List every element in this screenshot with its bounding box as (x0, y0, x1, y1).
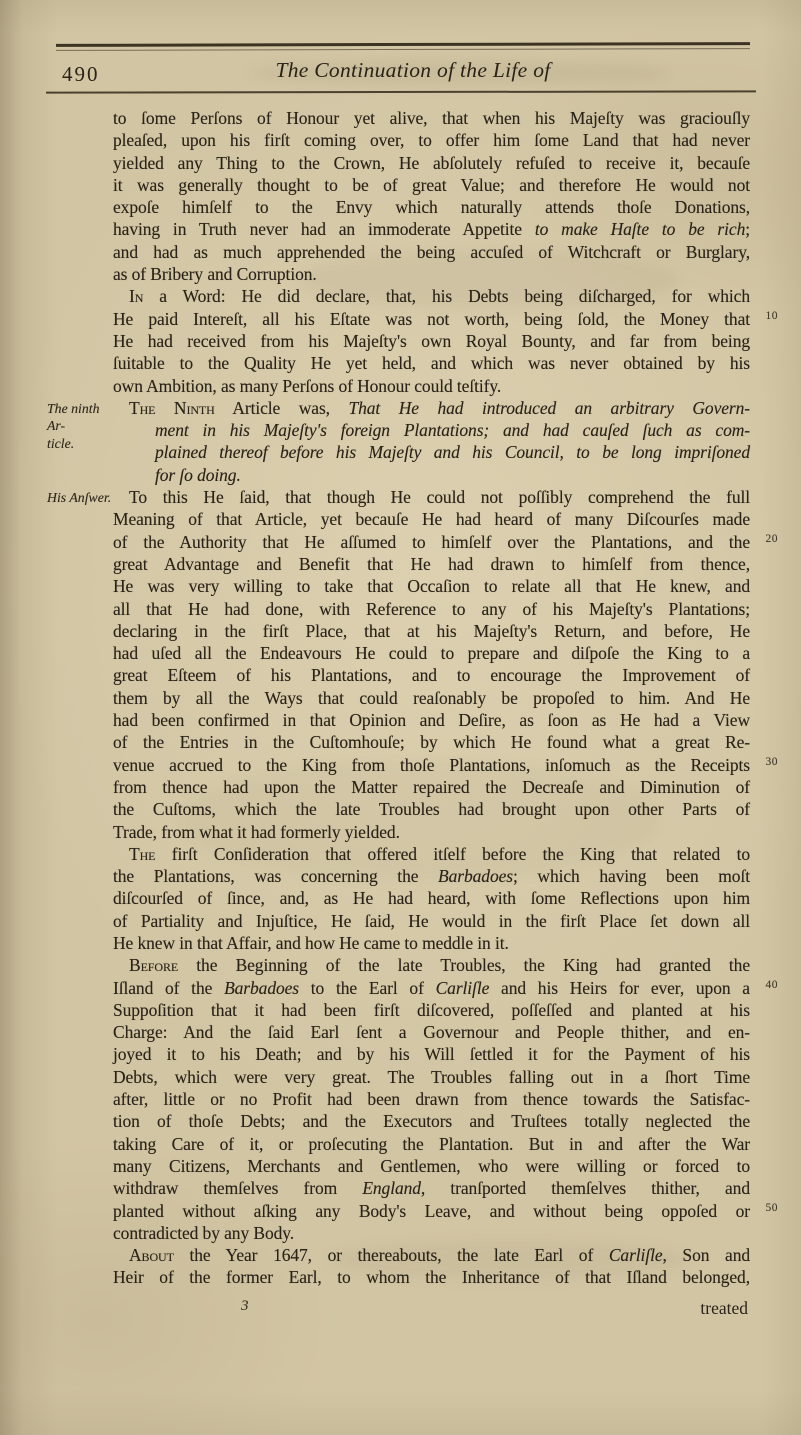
body-text: , Son and (663, 1245, 751, 1265)
body-text: the Year 1647, or thereabouts, the late … (174, 1245, 609, 1265)
italic-text: to make Haſte to be rich (535, 219, 745, 239)
italic-text: Barbadoes (438, 866, 513, 886)
margin-note-his-answer: His Anſwer. (47, 489, 113, 507)
text-line: had been confirmed in that Opinion and D… (113, 709, 750, 731)
page-number: 490 (62, 62, 100, 87)
body-text: the Beginning of the late Troubles, the … (178, 955, 750, 975)
text-line: expoſe himſelf to the Envy which natural… (113, 196, 750, 218)
body-text: ; (745, 219, 750, 239)
text-line: About the Year 1647, or thereabouts, the… (113, 1244, 750, 1266)
text-line: declaring in the firſt Place, that at hi… (113, 620, 750, 642)
text-line: The firſt Conſideration that offered itſ… (113, 843, 750, 865)
body-text: taking Care of it, or proſecuting the Pl… (113, 1134, 750, 1154)
text-line: yielded any Thing to the Crown, He abſol… (113, 152, 750, 174)
text-line: withdraw themſelves from England, tranſp… (113, 1177, 750, 1199)
body-text: great Advantage and Benefit that He had … (113, 554, 750, 574)
body-text: Debts, which were very great. The Troubl… (113, 1067, 750, 1087)
body-text: to the Earl of (299, 978, 436, 998)
body-text: expoſe himſelf to the Envy which natural… (113, 197, 750, 217)
text-line: taking Care of it, or proſecuting the Pl… (113, 1133, 750, 1155)
text-line: Charge: And the ſaid Earl ſent a Governo… (113, 1021, 750, 1043)
body-text: ; which having been moſt (513, 866, 750, 886)
text-line: Debts, which were very great. The Troubl… (113, 1066, 750, 1088)
text-line: after, little or no Profit had been draw… (113, 1088, 750, 1110)
body-text: Suppoſition that it had been firſt diſco… (113, 1000, 750, 1020)
text-line: diſcourſed of ſince, and, as He had hear… (113, 887, 750, 909)
smallcaps-text: In (129, 286, 143, 306)
text-line: and had as much apprehended the being ac… (113, 241, 750, 263)
body-text: He knew in that Affair, and how He came … (113, 933, 509, 953)
text-line: He had received from his Majeſty's own R… (113, 330, 750, 352)
text-line: Trade, from what it had formerly yielded… (113, 821, 750, 843)
text-line: as of Bribery and Corruption. (113, 263, 750, 285)
body-text: of Partiality and Injuſtice, He ſaid, He… (113, 911, 750, 931)
smallcaps-text: Before (129, 955, 178, 975)
page-footer: 3 treated (113, 1298, 750, 1322)
body-text: diſcourſed of ſince, and, as He had hear… (113, 888, 750, 908)
text-line: Iſland of the Barbadoes to the Earl of C… (113, 977, 750, 999)
body-text: declaring in the firſt Place, that at hi… (113, 621, 750, 641)
text-line: having in Truth never had an immoderate … (113, 218, 750, 240)
book-page-scan: 490 The Continuation of the Life of The … (0, 0, 801, 1435)
body-text: Trade, from what it had formerly yielded… (113, 822, 400, 842)
body-text: of the Entries in the Cuſtomhouſe; by wh… (113, 732, 750, 752)
text-line: all that He had done, with Reference to … (113, 598, 750, 620)
text-line: Suppoſition that it had been firſt diſco… (113, 999, 750, 1021)
body-text: Iſland of the (113, 978, 224, 998)
text-line: own Ambition, as many Perſons of Honour … (113, 375, 750, 397)
text-line: ment in his Majeſty's foreign Plantation… (113, 419, 750, 441)
text-line: tion of thoſe Debts; and the Executors a… (113, 1110, 750, 1132)
body-text: Charge: And the ſaid Earl ſent a Governo… (113, 1022, 750, 1042)
text-line: He was very willing to take that Occaſio… (113, 575, 750, 597)
text-line: In a Word: He did declare, that, his Deb… (113, 285, 750, 307)
body-text: Meaning of that Article, yet becauſe He … (113, 509, 750, 529)
text-line: the Plantations, was concerning the Barb… (113, 865, 750, 887)
body-text: after, little or no Profit had been draw… (113, 1089, 750, 1109)
body-text: joyed it to his Death; and by his Will ſ… (113, 1044, 750, 1064)
text-line: joyed it to his Death; and by his Will ſ… (113, 1043, 750, 1065)
body-text: own Ambition, as many Perſons of Honour … (113, 376, 501, 396)
body-text: to ſome Perſons of Honour yet alive, tha… (113, 108, 750, 128)
text-line: contradicted by any Body. (113, 1222, 750, 1244)
text-block: to ſome Perſons of Honour yet alive, tha… (113, 107, 750, 1289)
text-line: planted without aſking any Body's Leave,… (113, 1200, 750, 1222)
italic-text: Carliſle (436, 978, 490, 998)
text-line: plained thereof before his Majeſty and h… (113, 441, 750, 463)
text-line: had uſed all the Endeavours He could to … (113, 642, 750, 664)
running-title: The Continuation of the Life of (113, 58, 713, 83)
body-text: many Citizens, Merchants and Gentlemen, … (113, 1156, 750, 1176)
body-text: Heir of the former Earl, to whom the Inh… (113, 1267, 750, 1287)
text-line: to ſome Perſons of Honour yet alive, tha… (113, 107, 750, 129)
line-number: 50 (766, 1197, 779, 1219)
body-text: had been confirmed in that Opinion and D… (113, 710, 750, 730)
italic-text: England (362, 1178, 421, 1198)
body-text: Article was, (215, 398, 349, 418)
body-text: withdraw themſelves from (113, 1178, 362, 1198)
text-line: ſuitable to the Quality He yet held, and… (113, 352, 750, 374)
italic-text: Carliſle (609, 1245, 663, 1265)
body-text: all that He had done, with Reference to … (113, 599, 750, 619)
text-line: it was generally thought to be of great … (113, 174, 750, 196)
body-text: great Eſteem of his Plantations, and to … (113, 665, 750, 685)
body-text: and his Heirs for ever, upon a (489, 978, 750, 998)
body-text: had uſed all the Endeavours He could to … (113, 643, 750, 663)
body-text: To this He ſaid, that though He could no… (129, 487, 750, 507)
text-line: He knew in that Affair, and how He came … (113, 932, 750, 954)
text-line: from thence had upon the Matter repaired… (113, 776, 750, 798)
header-double-rule (56, 42, 750, 51)
text-line: the Cuſtoms, which the late Troubles had… (113, 798, 750, 820)
body-text: it was generally thought to be of great … (113, 175, 750, 195)
body-text: and had as much apprehended the being ac… (113, 242, 750, 262)
body-text: , tranſported themſelves thither, and (421, 1178, 750, 1198)
text-line: pleaſed, upon his firſt coming over, to … (113, 129, 750, 151)
smallcaps-text: The Ninth (129, 398, 215, 418)
line-number: 30 (766, 751, 779, 773)
italic-text: ment in his Majeſty's foreign Plantation… (155, 420, 750, 440)
text-line: The Ninth Article was, That He had intro… (113, 397, 750, 419)
header-bottom-rule (46, 90, 756, 93)
italic-text: That He had introduced an arbitrary Gove… (349, 398, 751, 418)
italic-text: Barbadoes (224, 978, 299, 998)
body-text: tion of thoſe Debts; and the Executors a… (113, 1111, 750, 1131)
body-text: firſt Conſideration that offered itſelf … (155, 844, 750, 864)
catchword: treated (700, 1298, 748, 1319)
text-line: venue accrued to the King from thoſe Pla… (113, 754, 750, 776)
body-text: as of Bribery and Corruption. (113, 264, 317, 284)
text-line: great Advantage and Benefit that He had … (113, 553, 750, 575)
body-text: them by all the Ways that could reaſonab… (113, 688, 750, 708)
margin-note-ninth-article: The ninth Ar- ticle. (47, 400, 113, 453)
text-line: them by all the Ways that could reaſonab… (113, 687, 750, 709)
press-figure: 3 (241, 1298, 249, 1315)
body-text: venue accrued to the King from thoſe Pla… (113, 755, 750, 775)
smallcaps-text: The (129, 844, 155, 864)
smallcaps-text: About (129, 1245, 174, 1265)
body-text: having in Truth never had an immoderate … (113, 219, 535, 239)
body-text: pleaſed, upon his firſt coming over, to … (113, 130, 750, 150)
line-number: 40 (766, 974, 779, 996)
body-text: the Cuſtoms, which the late Troubles had… (113, 799, 750, 819)
body-text: contradicted by any Body. (113, 1223, 294, 1243)
text-line: many Citizens, Merchants and Gentlemen, … (113, 1155, 750, 1177)
italic-text: plained thereof before his Majeſty and h… (155, 442, 750, 462)
line-number: 10 (766, 305, 779, 327)
body-text: yielded any Thing to the Crown, He abſol… (113, 153, 750, 173)
text-line: great Eſteem of his Plantations, and to … (113, 664, 750, 686)
body-text: the Plantations, was concerning the (113, 866, 438, 886)
text-line: He paid Intereſt, all his Eſtate was not… (113, 308, 750, 330)
text-line: of Partiality and Injuſtice, He ſaid, He… (113, 910, 750, 932)
italic-text: for ſo doing. (155, 465, 241, 485)
text-line: Heir of the former Earl, to whom the Inh… (113, 1266, 750, 1288)
text-line: of the Authority that He aſſumed to himſ… (113, 531, 750, 553)
line-number: 20 (766, 528, 779, 550)
body-text: He paid Intereſt, all his Eſtate was not… (113, 309, 750, 329)
body-text: of the Authority that He aſſumed to himſ… (113, 532, 750, 552)
text-line: To this He ſaid, that though He could no… (113, 486, 750, 508)
body-text: He had received from his Majeſty's own R… (113, 331, 750, 351)
text-line: Meaning of that Article, yet becauſe He … (113, 508, 750, 530)
body-text: ſuitable to the Quality He yet held, and… (113, 353, 750, 373)
body-text: from thence had upon the Matter repaired… (113, 777, 750, 797)
text-line: for ſo doing. (113, 464, 750, 486)
body-text: He was very willing to take that Occaſio… (113, 576, 750, 596)
body-text: planted without aſking any Body's Leave,… (113, 1201, 750, 1221)
text-line: of the Entries in the Cuſtomhouſe; by wh… (113, 731, 750, 753)
text-line: Before the Beginning of the late Trouble… (113, 954, 750, 976)
body-text: a Word: He did declare, that, his Debts … (143, 286, 750, 306)
